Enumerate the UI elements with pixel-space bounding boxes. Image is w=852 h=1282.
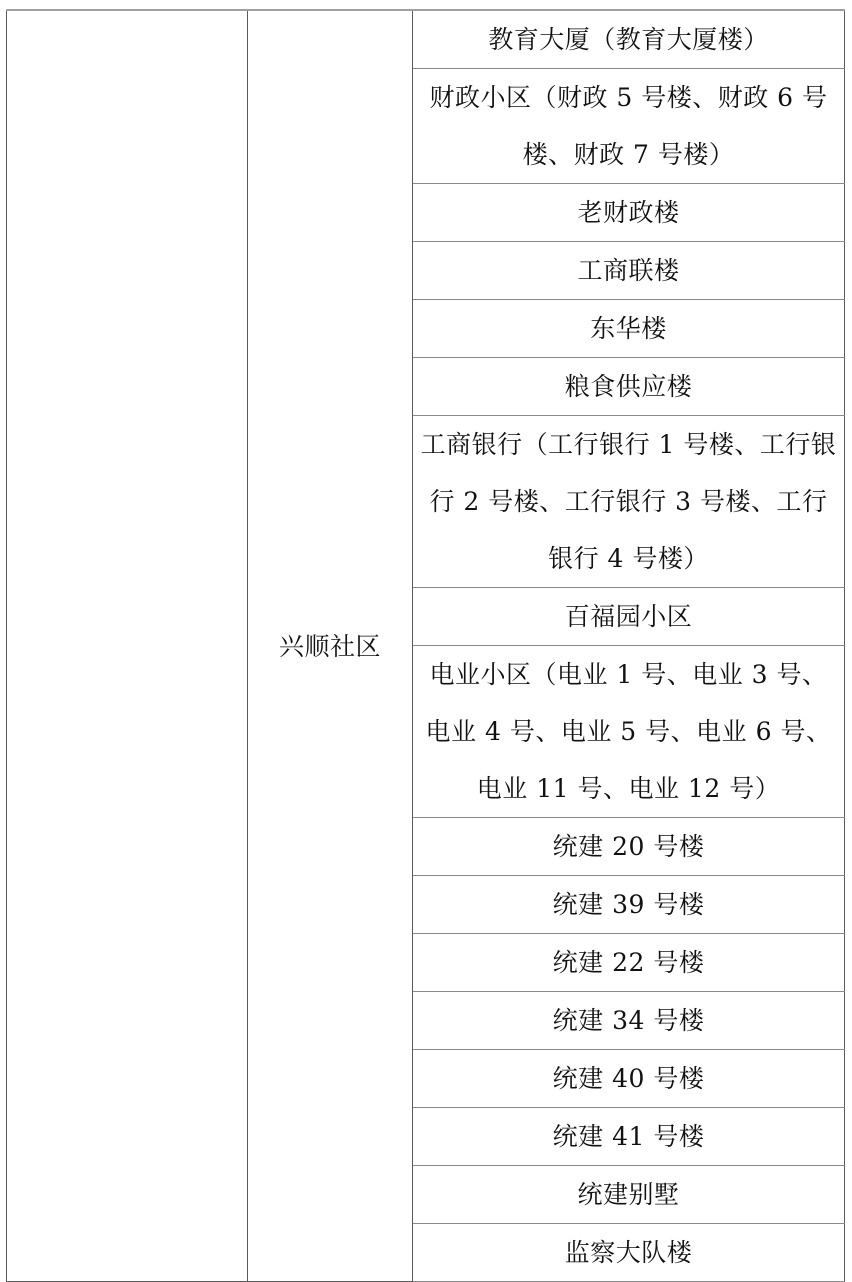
building-name: 粮食供应楼 [559,358,699,415]
building-cell: 统建 20 号楼 [413,818,845,876]
community-cell: 兴顺社区 [248,10,413,1279]
community-name: 兴顺社区 [273,618,387,675]
building-cell: 统建 39 号楼 [413,876,845,934]
district-cell [7,10,248,1279]
building-name: 统建 20 号楼 [547,818,711,875]
building-name: 统建别墅 [571,1166,685,1223]
building-cell: 统建别墅 [413,1166,845,1224]
building-name: 工商联楼 [571,242,685,299]
building-name: 教育大厦（教育大厦楼） [482,11,775,68]
building-cell: 财政小区（财政 5 号楼、财政 6 号楼、财政 7 号楼） [413,69,845,184]
building-name: 老财政楼 [571,184,685,241]
building-cell: 百福园小区 [413,588,845,646]
building-name: 统建 40 号楼 [547,1050,711,1107]
building-name: 统建 39 号楼 [547,876,711,933]
building-cell: 老财政楼 [413,184,845,242]
building-cell: 统建 34 号楼 [413,992,845,1050]
community-buildings-table: 兴顺社区 教育大厦（教育大厦楼） 财政小区（财政 5 号楼、财政 6 号楼、财政… [6,9,845,1279]
building-cell: 统建 41 号楼 [413,1108,845,1166]
building-cell: 统建 22 号楼 [413,934,845,992]
building-cell: 监察大队楼 [413,1224,845,1280]
building-name: 百福园小区 [559,588,699,645]
building-name: 监察大队楼 [559,1224,699,1279]
building-name: 统建 22 号楼 [547,934,711,991]
building-cell: 电业小区（电业 1 号、电业 3 号、电业 4 号、电业 5 号、电业 6 号、… [413,646,845,818]
building-cell: 统建 40 号楼 [413,1050,845,1108]
building-name: 财政小区（财政 5 号楼、财政 6 号楼、财政 7 号楼） [413,69,844,183]
building-cell: 工商银行（工行银行 1 号楼、工行银行 2 号楼、工行银行 3 号楼、工行银行 … [413,416,845,588]
building-cell: 工商联楼 [413,242,845,300]
building-name: 统建 34 号楼 [547,992,711,1049]
building-cell: 教育大厦（教育大厦楼） [413,10,845,69]
building-name: 电业小区（电业 1 号、电业 3 号、电业 4 号、电业 5 号、电业 6 号、… [413,646,844,817]
table-row: 兴顺社区 教育大厦（教育大厦楼） [7,10,845,69]
building-cell: 东华楼 [413,300,845,358]
building-name: 东华楼 [584,300,673,357]
building-cell: 粮食供应楼 [413,358,845,416]
building-name: 工商银行（工行银行 1 号楼、工行银行 2 号楼、工行银行 3 号楼、工行银行 … [413,416,844,587]
building-name: 统建 41 号楼 [547,1108,711,1165]
